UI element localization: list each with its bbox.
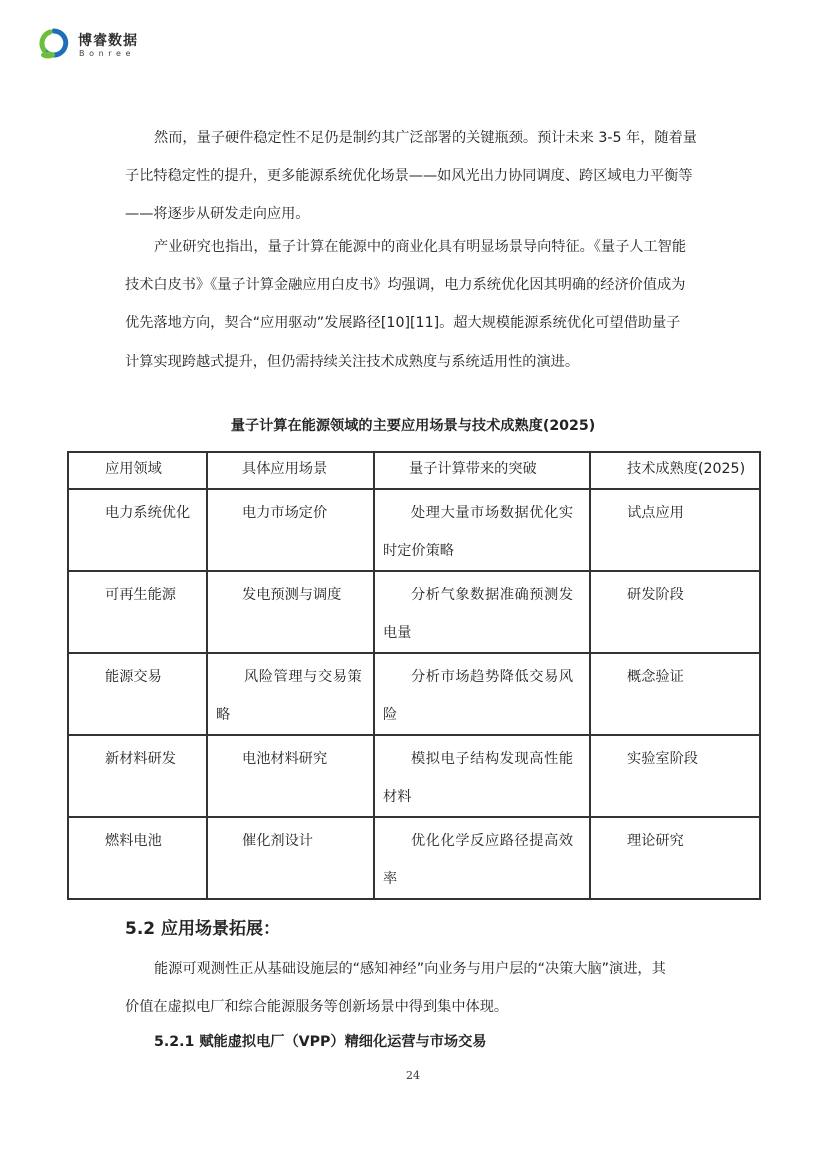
subsection-heading: 5.2.1 赋能虚拟电厂（VPP）精细化运营与市场交易 — [154, 1031, 487, 1051]
logo-chinese-name: 博睿数据 — [78, 30, 138, 50]
section-paragraph: 能源可观测性正从基础设施层的“感知神经”向业务与用户层的“决策大脑”演进，其 价… — [125, 950, 705, 1026]
header-cell: 具体应用场景 — [207, 452, 374, 489]
scenario-cell: 电力市场定价 — [208, 490, 373, 532]
table-row: 燃料电池 催化剂设计 优化化学反应路径提高效率 理论研究 — [68, 817, 760, 899]
table-row: 能源交易 风险管理与交易策略 分析市场趋势降低交易风险 概念验证 — [68, 653, 760, 735]
domain-cell: 能源交易 — [69, 654, 206, 696]
paragraph-line: 计算实现跨越式提升，但仍需持续关注技术成熟度与系统适用性的演进。 — [125, 343, 705, 381]
maturity-cell: 理论研究 — [591, 818, 759, 860]
table-header-row: 应用领域 具体应用场景 量子计算带来的突破 技术成熟度(2025) — [68, 452, 760, 489]
table-caption: 量子计算在能源领域的主要应用场景与技术成熟度(2025) — [0, 415, 826, 435]
paragraph-line: 产业研究也指出，量子计算在能源中的商业化具有明显场景导向特征。《量子人工智能 — [125, 228, 705, 266]
domain-cell: 电力系统优化 — [69, 490, 206, 532]
scenario-cell: 催化剂设计 — [208, 818, 373, 860]
company-logo: 博睿数据 Bonree — [38, 26, 148, 62]
header-cell: 量子计算带来的突破 — [374, 452, 590, 489]
paragraph-line: 优先落地方向，契合“应用驱动”发展路径[10][11]。超大规模能源系统优化可望… — [125, 304, 705, 342]
maturity-cell: 研发阶段 — [591, 572, 759, 614]
domain-cell: 新材料研发 — [69, 736, 206, 778]
breakthrough-cell: 优化化学反应路径提高效率 — [375, 818, 589, 898]
section-heading: 5.2 应用场景拓展： — [125, 914, 280, 939]
application-maturity-table: 应用领域 具体应用场景 量子计算带来的突破 技术成熟度(2025) 电力系统优化… — [67, 451, 761, 900]
paragraph-line: 价值在虚拟电厂和综合能源服务等创新场景中得到集中体现。 — [125, 988, 705, 1026]
header-cell: 技术成熟度(2025) — [590, 452, 760, 489]
table-row: 可再生能源 发电预测与调度 分析气象数据准确预测发电量 研发阶段 — [68, 571, 760, 653]
table-row: 新材料研发 电池材料研究 模拟电子结构发现高性能材料 实验室阶段 — [68, 735, 760, 817]
maturity-cell: 试点应用 — [591, 490, 759, 532]
paragraph-line: 能源可观测性正从基础设施层的“感知神经”向业务与用户层的“决策大脑”演进，其 — [125, 950, 705, 988]
scenario-cell: 发电预测与调度 — [208, 572, 373, 614]
bonree-logo-icon — [38, 28, 70, 60]
maturity-cell: 实验室阶段 — [591, 736, 759, 778]
domain-cell: 燃料电池 — [69, 818, 206, 860]
header-cell: 应用领域 — [68, 452, 207, 489]
breakthrough-cell: 模拟电子结构发现高性能材料 — [375, 736, 589, 816]
table-row: 电力系统优化 电力市场定价 处理大量市场数据优化实时定价策略 试点应用 — [68, 489, 760, 571]
paragraph-line: 子比特稳定性的提升，更多能源系统优化场景——如风光出力协同调度、跨区域电力平衡等 — [125, 157, 705, 195]
logo-english-name: Bonree — [79, 49, 135, 58]
breakthrough-cell: 处理大量市场数据优化实时定价策略 — [375, 490, 589, 570]
paragraph-line: 然而，量子硬件稳定性不足仍是制约其广泛部署的关键瓶颈。预计未来 3-5 年，随着… — [125, 119, 705, 157]
breakthrough-cell: 分析市场趋势降低交易风险 — [375, 654, 589, 734]
paragraph-quantum-hardware: 然而，量子硬件稳定性不足仍是制约其广泛部署的关键瓶颈。预计未来 3-5 年，随着… — [125, 119, 705, 234]
scenario-cell: 风险管理与交易策略 — [208, 654, 373, 734]
scenario-cell: 电池材料研究 — [208, 736, 373, 778]
maturity-cell: 概念验证 — [591, 654, 759, 696]
page-number: 24 — [0, 1069, 826, 1082]
breakthrough-cell: 分析气象数据准确预测发电量 — [375, 572, 589, 652]
paragraph-industry-research: 产业研究也指出，量子计算在能源中的商业化具有明显场景导向特征。《量子人工智能 技… — [125, 228, 705, 381]
domain-cell: 可再生能源 — [69, 572, 206, 614]
paragraph-line: 技术白皮书》《量子计算金融应用白皮书》均强调，电力系统优化因其明确的经济价值成为 — [125, 266, 705, 304]
